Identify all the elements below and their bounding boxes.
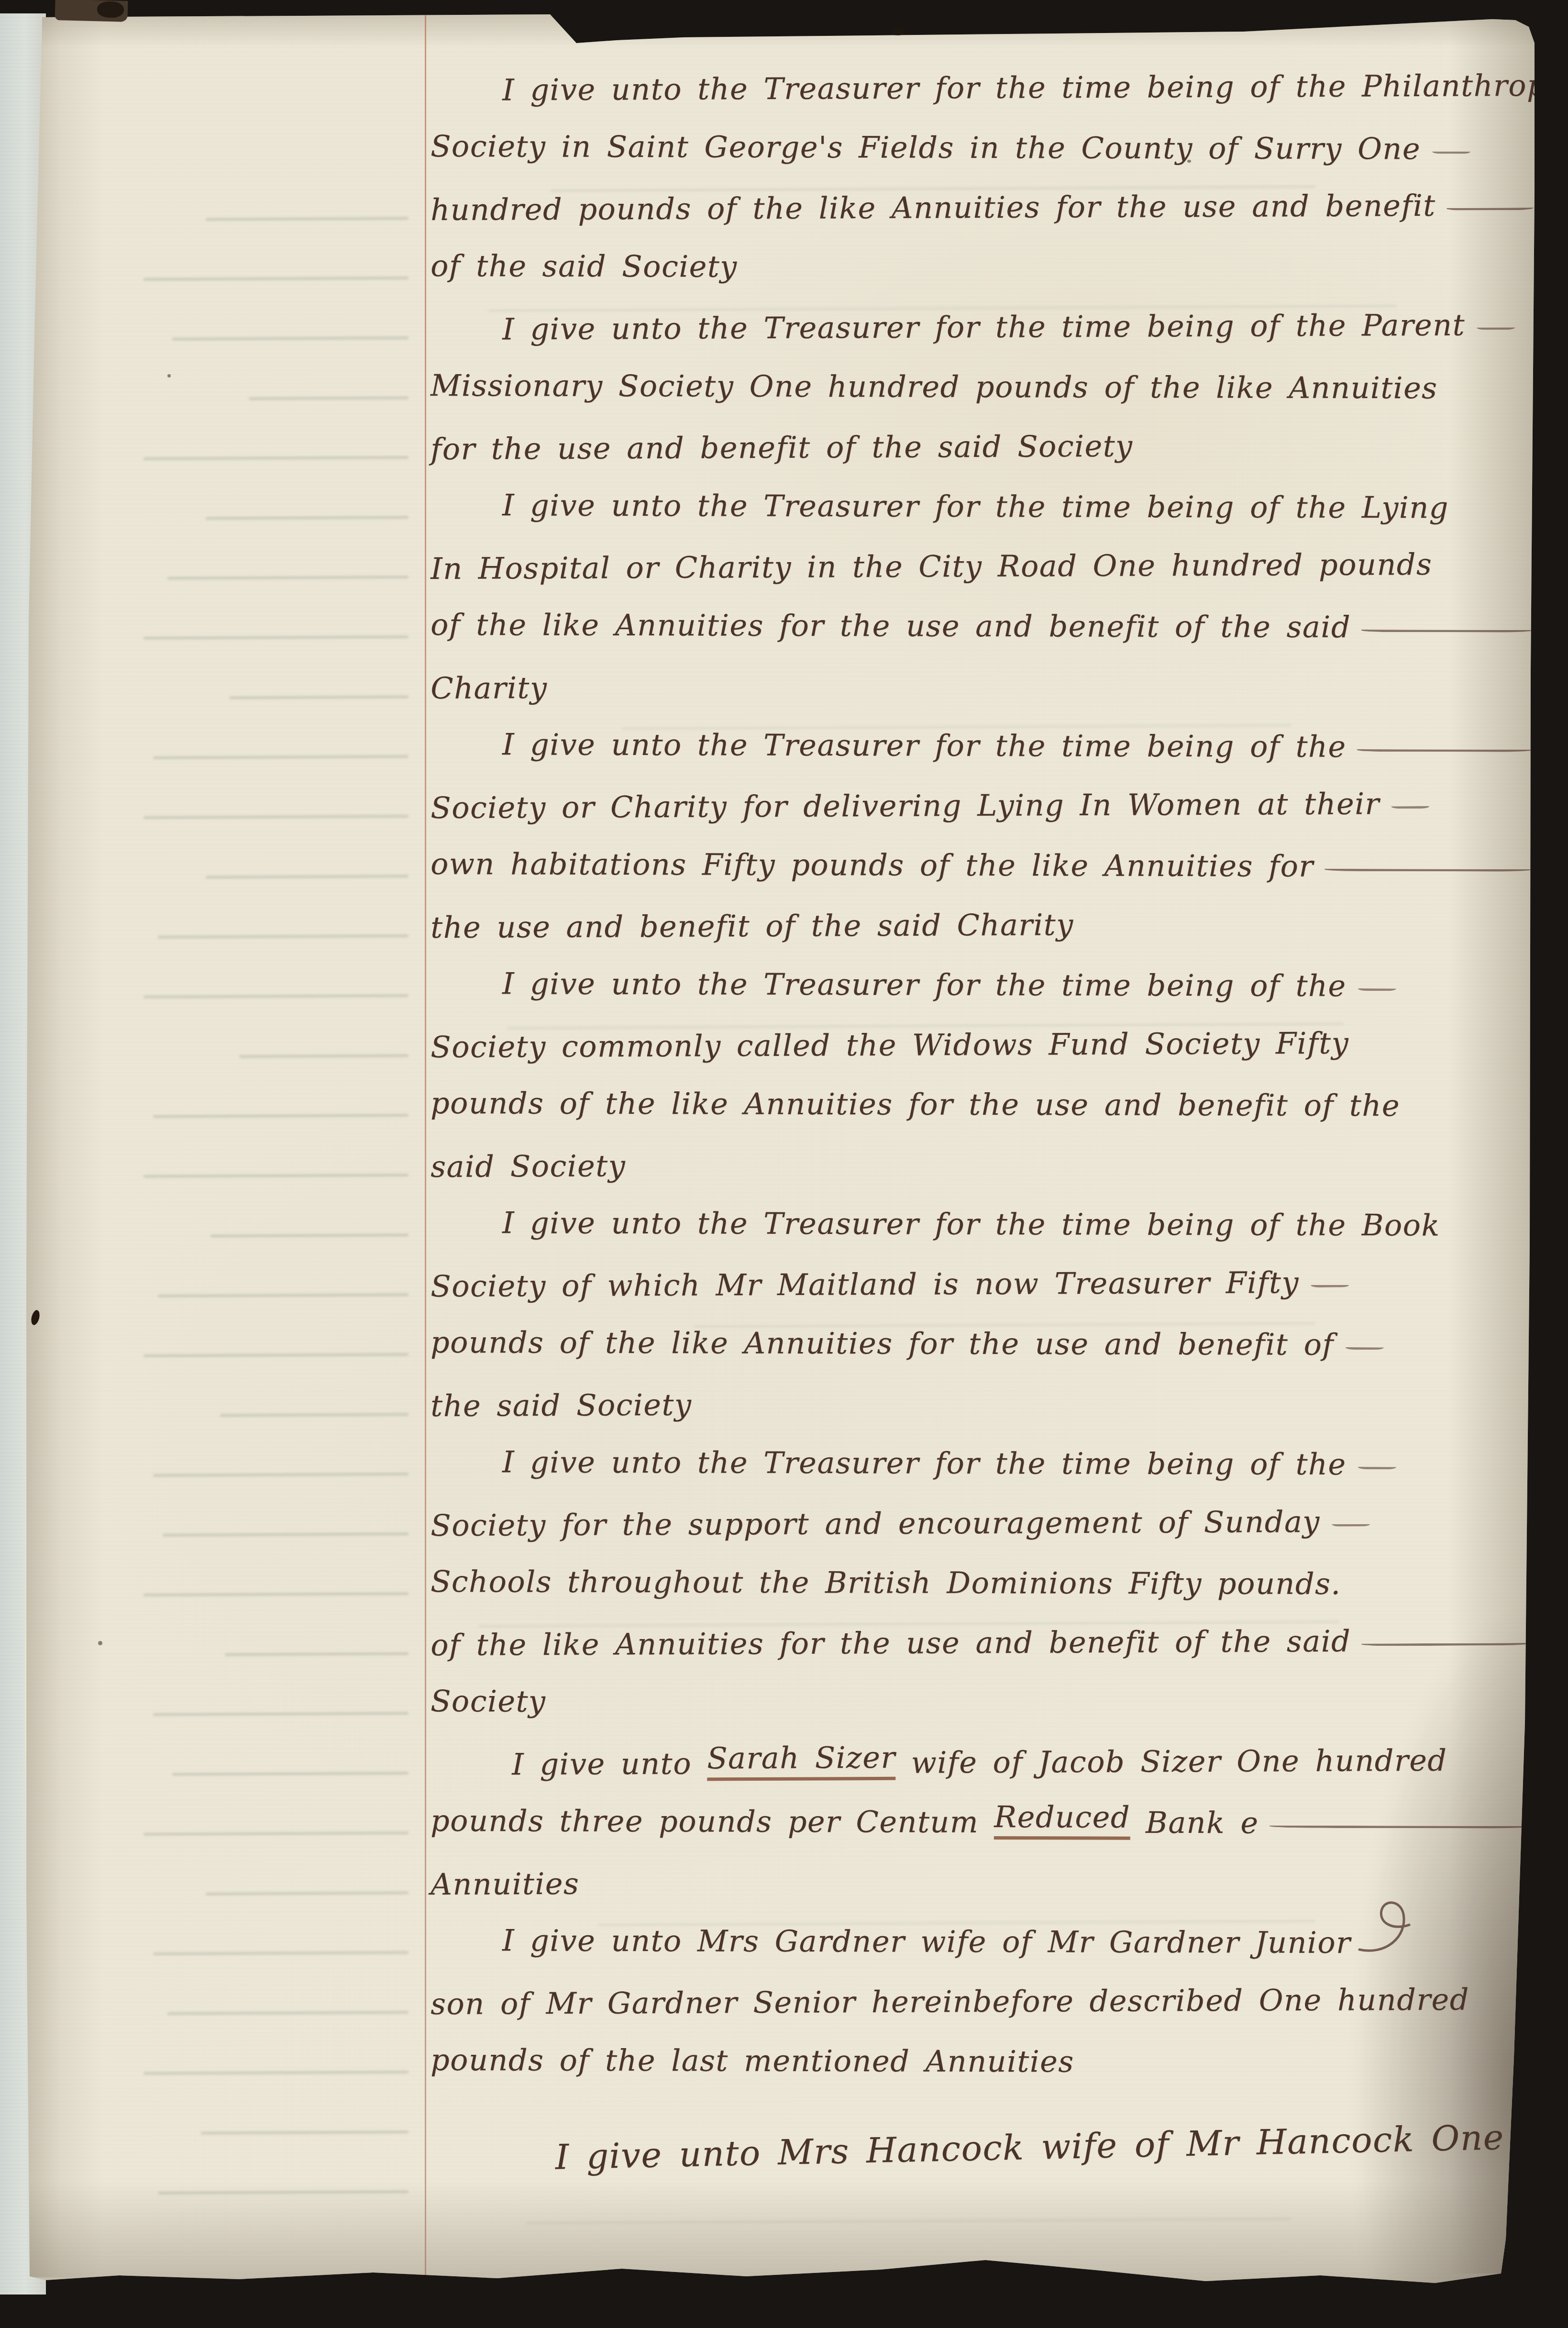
text-line: the said Society [431,1359,1536,1423]
text-segment: Society commonly called the Widows Fund … [431,1026,1349,1064]
text-segment: pounds three pounds per Centum [431,1803,994,1840]
ink-dash-short [1432,151,1470,154]
show-through-stroke [167,2011,409,2015]
text-segment: I give unto the Treasurer for the time b… [502,488,1449,525]
text-line: hundred pounds of the like Annuities for… [431,163,1536,227]
text-segment: Missionary Society One hundred pounds of… [431,368,1438,406]
show-through-stroke [144,636,409,640]
text-line: own habitations Fifty pounds of the like… [431,821,1535,884]
ink-dash-short [1391,806,1430,809]
show-through-stroke [144,456,409,460]
underlined-name: Reduced [994,1799,1130,1840]
text-segment: Society or Charity for delivering Lying … [431,786,1380,825]
text-line: pounds of the like Annuities for the use… [431,1300,1535,1363]
text-segment: I give unto the Treasurer for the time b… [502,966,1347,1003]
text-line: pounds of the last mentioned Annuities [431,2018,1535,2080]
ink-dash-long [1270,1826,1534,1829]
ink-speck [167,374,171,377]
show-through-stroke [206,217,409,221]
text-segment: I give unto Mrs Gardner wife of Mr Gardn… [502,1923,1351,1960]
text-segment: pounds of the like Annuities for the use… [431,1086,1400,1123]
ink-dash-long [1361,630,1534,632]
text-segment: son of Mr Gardner Senior hereinbefore de… [431,1982,1469,2021]
text-segment: of the like Annuities for the use and be… [431,607,1351,644]
text-segment: hundred pounds of the like Annuities for… [431,188,1436,227]
show-through-stroke [144,995,409,998]
text-line: Society [431,1659,1535,1721]
text-line: Schools throughout the British Dominions… [431,1539,1535,1602]
show-through-stroke [153,1114,409,1118]
show-through-stroke [144,1174,409,1178]
text-line: I give unto the Treasurer for the time b… [431,282,1536,347]
text-line: I give unto the Treasurer for the time b… [431,43,1536,108]
show-through-stroke [158,1294,409,1297]
text-segment: In Hospital or Charity in the City Road … [431,547,1432,586]
ink-dash-short [1311,1285,1349,1287]
show-through-stroke [144,1593,409,1596]
text-segment: Annuities [431,1866,579,1902]
text-segment: Society in Saint George's Fields in the … [431,129,1421,166]
text-line: Charity [431,641,1536,706]
show-through-stroke [206,875,409,878]
text-line: pounds three pounds per Centum Reduced B… [431,1778,1535,1841]
show-through-stroke [210,1234,409,1237]
text-line: pounds of the like Annuities for the use… [431,1061,1535,1123]
ink-speck [1187,160,1191,163]
text-line: son of Mr Gardner Senior hereinbefore de… [431,1957,1536,2021]
text-line: of the like Annuities for the use and be… [431,582,1535,645]
text-segment: Society of which Mr Maitland is now Trea… [431,1265,1299,1304]
text-segment: pounds of the last mentioned Annuities [431,2042,1074,2079]
text-segment: wife of Jacob Sizer One hundred [895,1743,1447,1780]
show-through-stroke [158,2191,409,2195]
show-through-stroke [153,1951,409,1955]
text-line: said Society [431,1120,1536,1184]
left-edge-shadow [26,14,103,2277]
text-segment: I give unto the Treasurer for the time b… [502,68,1568,108]
text-line: I give unto the Treasurer for the time b… [431,941,1535,1004]
ink-dash-short [1332,1524,1370,1526]
ink-blot [30,1309,41,1326]
text-line: I give unto Mrs Gardner wife of Mr Gardn… [431,1898,1535,1961]
text-line: Annuities [431,1837,1536,1902]
text-line: I give unto the Treasurer for the time b… [431,1419,1535,1482]
text-line: Society for the support and encouragemen… [431,1478,1536,1543]
text-line: I give unto the Treasurer for the time b… [431,702,1535,765]
ink-dash-short [1358,988,1396,991]
ink-dash-long [1361,1643,1534,1646]
text-segment: the said Society [431,1387,692,1423]
scan-background: { "colors": { "ink": "#4a342a", "paper":… [0,0,1568,2328]
text-block: I give unto the Treasurer for the time b… [431,45,1535,2168]
text-segment: I give unto the Treasurer for the time b… [502,727,1347,764]
text-segment: the use and benefit of the said Charity [431,907,1074,945]
text-segment: Charity [431,670,548,706]
show-through-stroke [153,755,409,759]
show-through-stroke [220,1413,409,1417]
show-through-stroke [172,1772,409,1776]
text-line: Missionary Society One hundred pounds of… [431,343,1535,406]
text-segment: Schools throughout the British Dominions… [431,1564,1341,1601]
show-through-stroke [144,2071,409,2075]
underlined-name: Sarah Sizer [707,1740,896,1781]
text-segment: of the said Society [431,248,738,284]
text-line: In Hospital or Charity in the City Road … [431,521,1536,586]
show-through-stroke [239,1054,409,1058]
text-line: Society or Charity for delivering Lying … [431,761,1536,825]
text-segment: for the use and benefit of the said Soci… [431,429,1133,466]
text-segment: pounds of the like Annuities for the use… [431,1325,1334,1362]
show-through-stroke [167,576,409,580]
show-through-stroke [163,1533,409,1537]
text-segment: said Society [431,1148,626,1184]
text-segment: Society [431,1684,546,1719]
text-line: I give unto the Treasurer for the time b… [431,463,1535,525]
text-line: Society in Saint George's Fields in the … [431,104,1535,166]
ink-dash-short [1358,1467,1396,1469]
ink-dash-short [1346,1347,1384,1350]
ink-speck [98,1641,102,1645]
text-segment: I give unto the Treasurer for the time b… [502,308,1465,347]
binding-tab [55,0,128,22]
show-through-stroke [526,2218,1292,2224]
text-segment: of the like Annuities for the use and be… [431,1624,1351,1663]
show-through-stroke [249,397,409,400]
show-through-stroke [201,2131,409,2134]
text-line: the use and benefit of the said Charity [431,880,1536,945]
ink-dash-long [1447,208,1534,211]
red-margin-line [425,15,426,2279]
show-through-stroke [153,1712,409,1716]
text-line: I give unto the Treasurer for the time b… [431,1180,1535,1243]
text-line: Society commonly called the Widows Fund … [431,1000,1536,1064]
show-through-stroke [144,1353,409,1357]
text-line: I give unto Mrs Hancock wife of Mr Hanco… [430,2097,1536,2180]
text-line: of the said Society [431,223,1535,286]
show-through-stroke [225,1652,409,1656]
show-through-stroke [144,815,409,819]
text-line: I give unto Sarah Sizer wife of Jacob Si… [431,1718,1536,1782]
text-segment: Society for the support and encouragemen… [431,1504,1320,1543]
show-through-stroke [158,935,409,939]
manuscript-page: I give unto the Treasurer for the time b… [0,0,1568,2328]
top-edge-shadow [42,13,1535,48]
top-edge-mark [891,28,905,35]
text-segment: I give unto the Treasurer for the time b… [502,1205,1440,1242]
text-line: Society of which Mr Maitland is now Trea… [431,1239,1536,1304]
ink-dash-short [1477,327,1515,330]
binding-tab-mark [97,1,124,18]
text-segment: Bank e [1130,1805,1259,1840]
text-segment: I give unto Mrs Hancock wife of Mr Hanco… [555,2114,1568,2177]
bottom-edge-shadow [29,2182,1531,2287]
text-segment: I give unto the Treasurer for the time b… [502,1444,1347,1482]
text-segment: I give unto [512,1746,707,1782]
show-through-stroke [172,337,409,341]
ink-dash-long [1324,869,1533,872]
show-through-stroke [144,277,409,281]
show-through-stroke [230,696,409,699]
show-through-stroke [144,1832,409,1836]
ink-dash-long [1357,749,1534,752]
show-through-stroke [153,1473,409,1477]
text-line: of the like Annuities for the use and be… [431,1598,1536,1663]
text-segment: own habitations Fifty pounds of the like… [431,846,1314,884]
text-line: for the use and benefit of the said Soci… [431,402,1536,466]
show-through-stroke [206,516,409,520]
show-through-stroke [206,1892,409,1895]
flourish-curl-icon [1358,1896,1411,1957]
